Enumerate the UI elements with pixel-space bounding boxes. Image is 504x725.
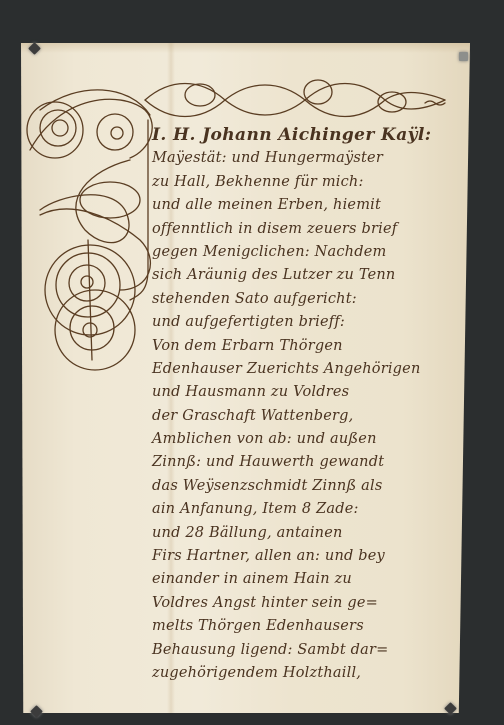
text-line: der Graschaft Wattenberg, [152,405,462,428]
text-line: zu Hall, Bekhenne für mich: [152,171,462,194]
text-line: Maÿestät: und Hungermaÿster [152,147,462,170]
text-line: Amblichen von ab: und außen [152,428,462,451]
text-line: Edenhauser Zuerichts Angehörigen [152,358,462,381]
text-line: Zinnß: und Hauwerth gewandt [152,451,462,474]
text-line: Firs Hartner, allen an: und bey [152,545,462,568]
text-line: und alle meinen Erben, hiemit [152,194,462,217]
text-line: und Hausmann zu Voldres [152,381,462,404]
paper-stain [21,43,470,53]
text-line: und 28 Bällung, antainen [152,522,462,545]
text-line: Behausung ligend: Sambt dar= [152,639,462,662]
text-line: Voldres Angst hinter sein ge= [152,592,462,615]
text-line: offenntlich in disem zeuers brief [152,218,462,241]
text-line: Von dem Erbarn Thörgen [152,335,462,358]
text-line: gegen Menigclichen: Nachdem [152,241,462,264]
mounting-tack-top-right [459,52,468,61]
text-line: melts Thörgen Edenhausers [152,615,462,638]
text-line: I. H. Johann Aichinger Kaÿl: [152,124,462,147]
text-line: zugehörigendem Holzthaill, [152,662,462,685]
text-line: ain Anfanung, Item 8 Zade: [152,498,462,521]
text-line: stehenden Sato aufgericht: [152,288,462,311]
text-line: sich Aräunig des Lutzer zu Tenn [152,264,462,287]
text-line: und aufgefertigten brieff: [152,311,462,334]
text-line: einander in ainem Hain zu [152,568,462,591]
text-line: das Weÿsenzschmidt Zinnß als [152,475,462,498]
manuscript-text: I. H. Johann Aichinger Kaÿl: Maÿestät: u… [152,124,462,685]
